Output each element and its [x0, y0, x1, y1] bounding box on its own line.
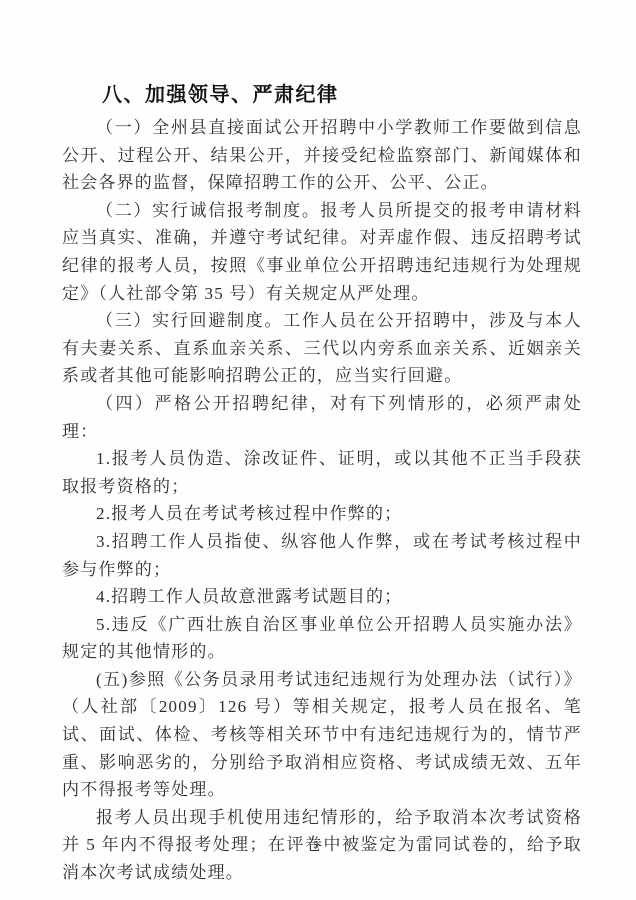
- document-page: 八、加强领导、严肃纪律 （一）全州县直接面试公开招聘中小学教师工作要做到信息公开…: [0, 0, 636, 900]
- list-item-2: 2.报考人员在考试考核过程中作弊的；: [62, 500, 582, 528]
- paragraph-item-4: （四）严格公开招聘纪律，对有下列情形的，必须严肃处理：: [62, 390, 582, 445]
- list-item-4: 4.招聘工作人员故意泄露考试题目的；: [62, 583, 582, 611]
- list-item-3: 3.招聘工作人员指使、纵容他人作弊，或在考试考核过程中参与作弊的；: [62, 528, 582, 583]
- section-heading: 八、加强领导、严肃纪律: [62, 82, 582, 108]
- paragraph-item-5: (五)参照《公务员录用考试违纪违规行为处理办法（试行）》（人社部〔2009〕12…: [62, 666, 582, 804]
- list-item-1: 1.报考人员伪造、涂改证件、证明，或以其他不正当手段获取报考资格的；: [62, 445, 582, 500]
- page-number: 5: [0, 839, 632, 851]
- list-item-5: 5.违反《广西壮族自治区事业单位公开招聘人员实施办法》规定的其他情形的。: [62, 611, 582, 666]
- document-body: 八、加强领导、严肃纪律 （一）全州县直接面试公开招聘中小学教师工作要做到信息公开…: [62, 82, 582, 887]
- paragraph-item-1: （一）全州县直接面试公开招聘中小学教师工作要做到信息公开、过程公开、结果公开，并…: [62, 114, 582, 197]
- paragraph-item-2: （二）实行诚信报考制度。报考人员所提交的报考申请材料应当真实、准确，并遵守考试纪…: [62, 197, 582, 307]
- paragraph-item-3: （三）实行回避制度。工作人员在公开招聘中，涉及与本人有夫妻关系、直系血亲关系、三…: [62, 307, 582, 390]
